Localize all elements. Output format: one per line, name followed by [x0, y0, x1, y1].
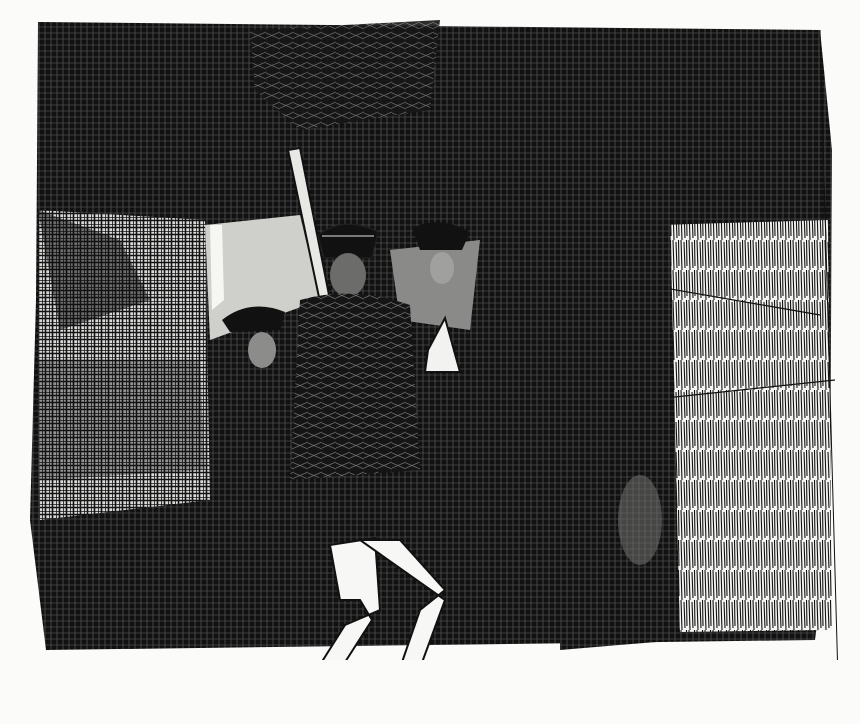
right-shadow-figure — [560, 200, 680, 650]
paper-margin-bottom — [0, 660, 860, 724]
right-hatched-wall — [660, 220, 832, 632]
ink-drawing — [0, 0, 860, 724]
